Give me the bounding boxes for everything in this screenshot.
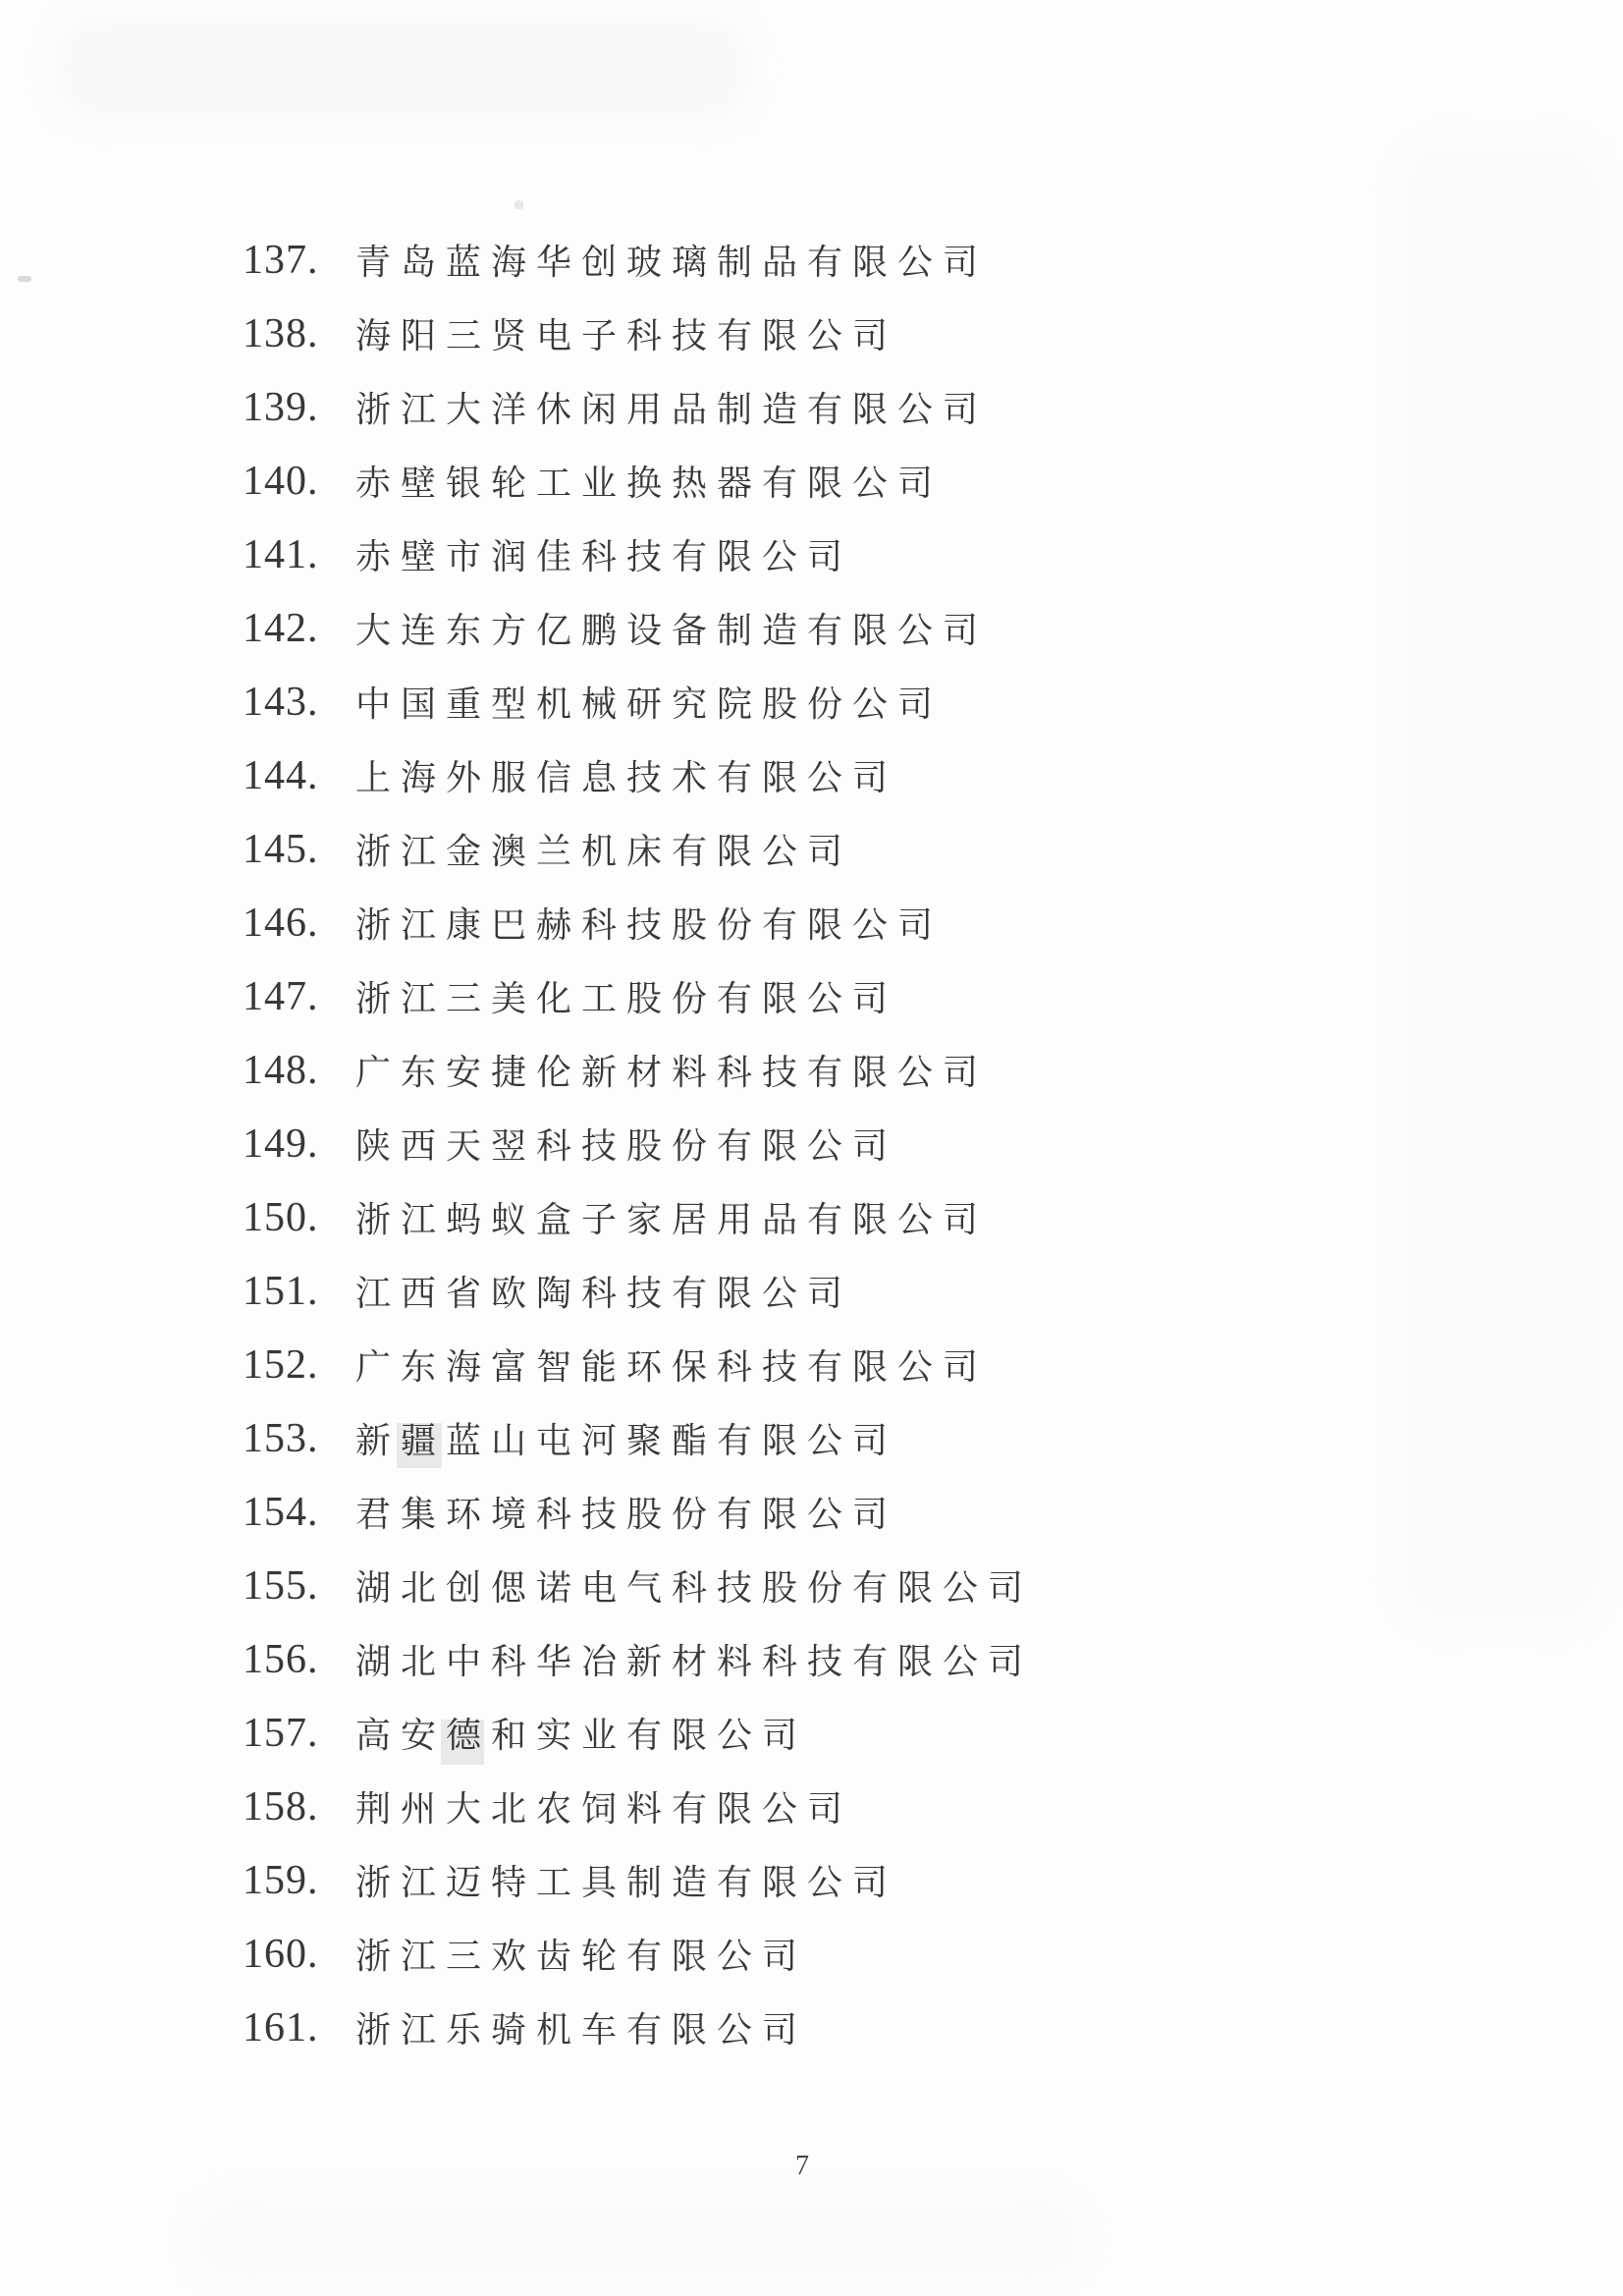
list-item: 154. 君集环境科技股份有限公司 bbox=[243, 1475, 1519, 1549]
item-number: 156. bbox=[243, 1636, 355, 1683]
company-name: 浙江三欢齿轮有限公司 bbox=[355, 1929, 807, 1979]
company-name: 广东海富智能环保科技有限公司 bbox=[355, 1339, 988, 1390]
list-item: 140. 赤壁银轮工业换热器有限公司 bbox=[243, 444, 1519, 518]
item-number: 143. bbox=[243, 679, 355, 726]
list-item: 142. 大连东方亿鹏设备制造有限公司 bbox=[243, 591, 1519, 665]
list-item: 156. 湖北中科华冶新材料科技有限公司 bbox=[243, 1622, 1519, 1696]
company-name: 大连东方亿鹏设备制造有限公司 bbox=[355, 603, 988, 653]
list-item: 141. 赤壁市润佳科技有限公司 bbox=[243, 518, 1519, 591]
list-item: 160. 浙江三欢齿轮有限公司 bbox=[243, 1917, 1519, 1991]
item-number: 153. bbox=[243, 1415, 355, 1462]
company-name: 湖北中科华冶新材料科技有限公司 bbox=[355, 1634, 1033, 1684]
company-name: 浙江乐骑机车有限公司 bbox=[355, 2002, 807, 2052]
scan-artifact-wash bbox=[59, 20, 746, 118]
list-item: 146. 浙江康巴赫科技股份有限公司 bbox=[243, 886, 1519, 959]
item-number: 157. bbox=[243, 1710, 355, 1757]
scan-speck bbox=[514, 200, 523, 209]
company-name: 浙江蚂蚁盒子家居用品有限公司 bbox=[355, 1192, 988, 1242]
list-item: 157. 高安德和实业有限公司 bbox=[243, 1696, 1519, 1770]
list-item: 147. 浙江三美化工股份有限公司 bbox=[243, 959, 1519, 1033]
scan-artifact-wash bbox=[196, 2200, 1080, 2278]
company-name: 君集环境科技股份有限公司 bbox=[355, 1487, 897, 1537]
list-item: 145. 浙江金澳兰机床有限公司 bbox=[243, 812, 1519, 886]
list-item: 150. 浙江蚂蚁盒子家居用品有限公司 bbox=[243, 1180, 1519, 1254]
scan-speck bbox=[18, 276, 31, 282]
company-name: 浙江三美化工股份有限公司 bbox=[355, 971, 897, 1021]
item-number: 145. bbox=[243, 826, 355, 873]
list-item: 155. 湖北创偲诺电气科技股份有限公司 bbox=[243, 1549, 1519, 1622]
list-item: 143. 中国重型机械研究院股份公司 bbox=[243, 665, 1519, 738]
list-item: 139. 浙江大洋休闲用品制造有限公司 bbox=[243, 370, 1519, 444]
item-number: 159. bbox=[243, 1857, 355, 1904]
item-number: 155. bbox=[243, 1562, 355, 1610]
company-name: 高安德和实业有限公司 bbox=[355, 1708, 807, 1758]
list-item: 153. 新疆蓝山屯河聚酯有限公司 bbox=[243, 1401, 1519, 1475]
company-name: 浙江大洋休闲用品制造有限公司 bbox=[355, 382, 988, 432]
list-item: 152. 广东海富智能环保科技有限公司 bbox=[243, 1328, 1519, 1401]
item-number: 139. bbox=[243, 384, 355, 431]
item-number: 142. bbox=[243, 605, 355, 652]
company-name: 荆州大北农饲料有限公司 bbox=[355, 1781, 852, 1831]
item-number: 161. bbox=[243, 2004, 355, 2051]
list-item: 158. 荆州大北农饲料有限公司 bbox=[243, 1770, 1519, 1843]
list-item: 151. 江西省欧陶科技有限公司 bbox=[243, 1254, 1519, 1328]
company-name: 广东安捷伦新材料科技有限公司 bbox=[355, 1045, 988, 1095]
item-number: 144. bbox=[243, 752, 355, 799]
list-item: 144. 上海外服信息技术有限公司 bbox=[243, 738, 1519, 812]
company-name: 新疆蓝山屯河聚酯有限公司 bbox=[355, 1413, 897, 1463]
company-list: 137. 青岛蓝海华创玻璃制品有限公司 138. 海阳三贤电子科技有限公司 13… bbox=[243, 223, 1519, 2064]
page-number: 7 bbox=[0, 2151, 1604, 2182]
list-item: 138. 海阳三贤电子科技有限公司 bbox=[243, 297, 1519, 370]
company-name: 浙江迈特工具制造有限公司 bbox=[355, 1855, 897, 1905]
list-item: 161. 浙江乐骑机车有限公司 bbox=[243, 1991, 1519, 2064]
company-name: 浙江金澳兰机床有限公司 bbox=[355, 824, 852, 874]
item-number: 149. bbox=[243, 1121, 355, 1168]
list-item: 137. 青岛蓝海华创玻璃制品有限公司 bbox=[243, 223, 1519, 297]
item-number: 160. bbox=[243, 1931, 355, 1978]
item-number: 138. bbox=[243, 310, 355, 357]
item-number: 137. bbox=[243, 237, 355, 284]
list-item: 149. 陕西天翌科技股份有限公司 bbox=[243, 1107, 1519, 1180]
item-number: 150. bbox=[243, 1194, 355, 1241]
item-number: 151. bbox=[243, 1268, 355, 1315]
list-item: 148. 广东安捷伦新材料科技有限公司 bbox=[243, 1033, 1519, 1107]
company-name: 浙江康巴赫科技股份有限公司 bbox=[355, 898, 943, 948]
scanned-document-page: { "colors": { "text": "#383838", "page-b… bbox=[0, 0, 1623, 2296]
company-name: 上海外服信息技术有限公司 bbox=[355, 750, 897, 800]
company-name: 陕西天翌科技股份有限公司 bbox=[355, 1119, 897, 1169]
list-item: 159. 浙江迈特工具制造有限公司 bbox=[243, 1843, 1519, 1917]
company-name: 赤壁银轮工业换热器有限公司 bbox=[355, 456, 943, 506]
item-number: 152. bbox=[243, 1341, 355, 1389]
item-number: 147. bbox=[243, 973, 355, 1020]
item-number: 154. bbox=[243, 1489, 355, 1536]
company-name: 赤壁市润佳科技有限公司 bbox=[355, 529, 852, 579]
item-number: 148. bbox=[243, 1047, 355, 1094]
item-number: 140. bbox=[243, 458, 355, 505]
company-name: 中国重型机械研究院股份公司 bbox=[355, 677, 943, 727]
item-number: 158. bbox=[243, 1783, 355, 1831]
item-number: 141. bbox=[243, 531, 355, 578]
item-number: 146. bbox=[243, 900, 355, 947]
company-name: 湖北创偲诺电气科技股份有限公司 bbox=[355, 1560, 1033, 1611]
company-name: 青岛蓝海华创玻璃制品有限公司 bbox=[355, 235, 988, 285]
company-name: 江西省欧陶科技有限公司 bbox=[355, 1266, 852, 1316]
company-name: 海阳三贤电子科技有限公司 bbox=[355, 308, 897, 358]
